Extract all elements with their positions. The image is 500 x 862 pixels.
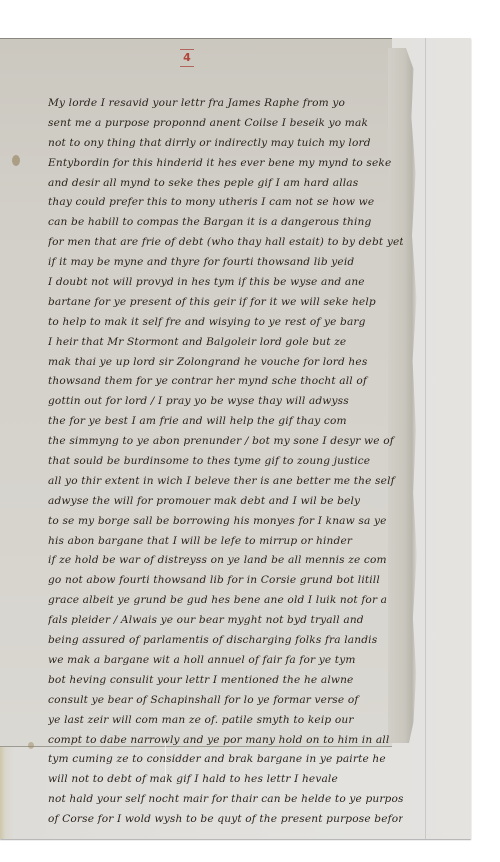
manuscript-line: sent me a purpose proponnd anent Coilse … bbox=[48, 114, 403, 134]
manuscript-line: fals pleider / Alwais ye our bear myght … bbox=[48, 611, 403, 631]
manuscript-line: ye last zeir will com man ze of. patile … bbox=[48, 711, 403, 731]
manuscript-line: go not abow fourti thowsand lib for in C… bbox=[48, 571, 403, 591]
manuscript-line: if ze hold be war of distreyss on ye lan… bbox=[48, 551, 403, 571]
manuscript-line: Entybordin for this hinderid it hes ever… bbox=[48, 154, 403, 174]
manuscript-line: can be habill to compas the Bargan it is… bbox=[48, 213, 403, 233]
manuscript-line: thay could prefer this to mony utheris I… bbox=[48, 193, 403, 213]
manuscript-line: to se my borge sall be borrowing his mon… bbox=[48, 512, 403, 532]
manuscript-line: compt to dabe narrowly and ye por many h… bbox=[48, 731, 403, 751]
manuscript-line: tym cuming ze to considder and brak barg… bbox=[48, 750, 403, 770]
manuscript-line: not hald your self nocht mair for thair … bbox=[48, 790, 403, 810]
manuscript-line: I heir that Mr Stormont and Balgoleir lo… bbox=[48, 333, 403, 353]
manuscript-line: My lorde I resavid your lettr fra James … bbox=[48, 94, 403, 114]
manuscript-line: the for ye best I am frie and will help … bbox=[48, 412, 403, 432]
manuscript-line: the simmyng to ye abon prenunder / bot m… bbox=[48, 432, 403, 452]
manuscript-line: grace albeit ye grund be gud hes bene an… bbox=[48, 591, 403, 611]
manuscript-line: bartane for ye present of this geir if f… bbox=[48, 293, 403, 313]
manuscript-line: will not to debt of mak gif I hald to he… bbox=[48, 770, 403, 790]
manuscript-line: we mak a bargane wit a holl annuel of fa… bbox=[48, 651, 403, 671]
manuscript-line: that sould be burdinsome to thes tyme gi… bbox=[48, 452, 403, 472]
ink-stain bbox=[12, 155, 20, 166]
ink-stain bbox=[28, 742, 34, 749]
manuscript-line: all yo thir extent in wich I beleve ther… bbox=[48, 472, 403, 492]
manuscript-line: consult ye bear of Schapinshall for lo y… bbox=[48, 691, 403, 711]
manuscript-line: for men that are frie of debt (who thay … bbox=[48, 233, 403, 253]
manuscript-line: not to ony thing that dirrly or indirect… bbox=[48, 134, 403, 154]
manuscript-line: being assured of parlamentis of discharg… bbox=[48, 631, 403, 651]
manuscript-line: adwyse the will for promouer mak debt an… bbox=[48, 492, 403, 512]
manuscript-line: thowsand them for ye contrar her mynd sc… bbox=[48, 372, 403, 392]
manuscript-line: if it may be myne and thyre for fourti t… bbox=[48, 253, 403, 273]
manuscript-line: and desir all mynd to seke thes peple gi… bbox=[48, 174, 403, 194]
handwritten-text: My lorde I resavid your lettr fra James … bbox=[48, 94, 403, 830]
manuscript-line: gottin out for lord / I pray yo be wyse … bbox=[48, 392, 403, 412]
folio-number: 4 bbox=[180, 49, 194, 67]
manuscript-line: to help to mak it self fre and wisying t… bbox=[48, 313, 403, 333]
manuscript-line: I doubt not will provyd in hes tym if th… bbox=[48, 273, 403, 293]
manuscript-line: bot heving consulit your lettr I mention… bbox=[48, 671, 403, 691]
manuscript-line: his abon bargane that I will be lefe to … bbox=[48, 532, 403, 552]
manuscript-line: of Corse for I wold wysh to be quyt of t… bbox=[48, 810, 403, 830]
manuscript-line: mak thai ye up lord sir Zolongrand he vo… bbox=[48, 353, 403, 373]
backing-sheet-edge bbox=[425, 38, 426, 839]
